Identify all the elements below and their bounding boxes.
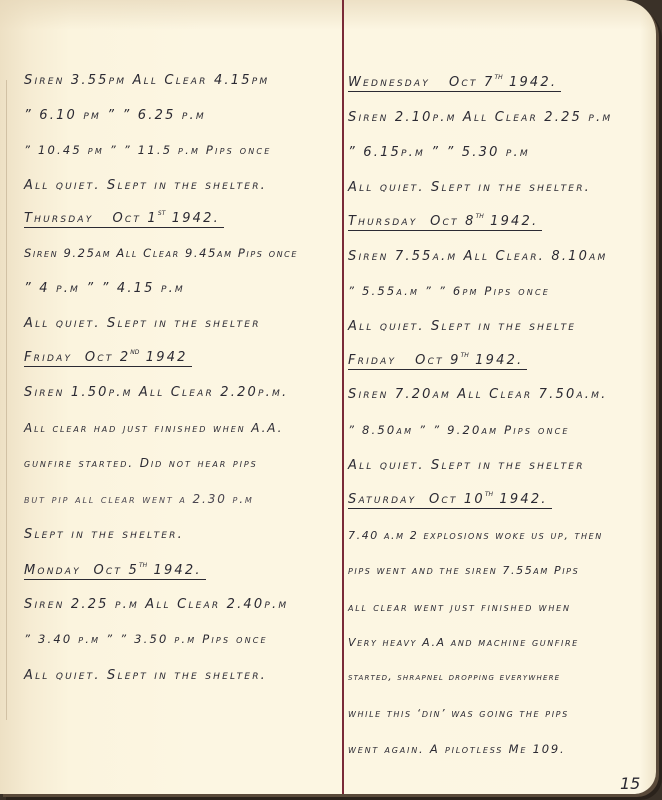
heading-date: 10 [464,492,485,507]
entry-line: Siren 3.55pm All Clear 4.15pm [24,73,269,88]
heading-month: Oct [415,353,444,368]
entry-line: Siren 7.20am All Clear 7.50a.m. [348,387,607,402]
heading-date: 7 [484,75,494,90]
day-heading: Wednesday Oct 7th 1942. [348,72,561,92]
entry-line: ” 6.10 pm ” ” 6.25 p.m [24,108,206,123]
entry-line: All quiet. Slept in the shelter [24,316,261,331]
entry-line: ” 5.55a.m ” ” 6pm Pips once [348,284,550,298]
heading-year: 1942. [153,563,201,578]
heading-day: Monday [24,563,81,578]
entry-line: Siren 9.25am All Clear 9.45am Pips once [24,246,298,260]
day-heading: Thursday Oct 1st 1942. [24,208,224,228]
heading-month: Oct [112,211,141,226]
heading-year: 1942. [509,75,557,90]
heading-suffix: nd [130,347,139,357]
heading-month: Oct [85,350,114,365]
diary-page: Siren 3.55pm All Clear 4.15pm ” 6.10 pm … [0,0,656,794]
entry-line: Siren 1.50p.m All Clear 2.20p.m. [24,385,288,400]
entry-line: 7.40 a.m 2 explosions woke us up, then [348,529,603,542]
heading-day: Saturday [348,492,416,507]
heading-month: Oct [429,492,458,507]
entry-line: All quiet. Slept in the shelter. [24,668,267,683]
entry-line: went again. A pilotless Me 109. [348,742,565,756]
heading-month: Oct [449,75,478,90]
entry-line: but pip all clear went a 2.30 p.m [24,492,254,506]
entry-line: All quiet. Slept in the shelte [348,319,576,334]
entry-line: ” 8.50am ” ” 9.20am Pips once [348,423,570,437]
day-heading: Monday Oct 5th 1942. [24,560,206,580]
heading-date: 2 [120,350,130,365]
entry-line: All clear had just finished when A.A. [24,421,283,435]
entry-line: Siren 2.25 p.m All Clear 2.40p.m [24,597,288,612]
heading-suffix: th [139,560,147,570]
entry-line: ” 4 p.m ” ” 4.15 p.m [24,281,185,296]
day-heading: Friday Oct 2nd 1942 [24,347,192,367]
heading-date: 8 [465,214,475,229]
entry-line: All quiet. Slept in the shelter [348,458,585,473]
entry-line: ” 6.15p.m ” ” 5.30 p.m [348,145,530,160]
heading-day: Wednesday [348,75,430,90]
page-edge-line [6,80,7,720]
heading-date: 1 [147,211,157,226]
heading-suffix: th [476,211,484,221]
entry-line: Siren 7.55a.m All Clear. 8.10am [348,249,607,264]
heading-month: Oct [94,563,123,578]
heading-day: Friday [348,353,396,368]
entry-line: Very heavy A.A and machine gunfire [348,636,579,649]
heading-month: Oct [430,214,459,229]
page-number: 15 [620,774,640,793]
heading-day: Thursday [348,214,417,229]
heading-year: 1942. [499,492,547,507]
entry-line: ” 3.40 p.m ” ” 3.50 p.m Pips once [24,632,268,646]
entry-line: Siren 2.10p.m All Clear 2.25 p.m [348,110,612,125]
heading-suffix: th [494,72,502,82]
heading-suffix: th [461,350,469,360]
entry-line: Slept in the shelter. [24,527,184,542]
day-heading: Thursday Oct 8th 1942. [348,211,542,231]
entry-line: all clear went just finished when [348,600,571,614]
entry-line: ” 10.45 pm ” ” 11.5 p.m Pips once [24,143,271,157]
entry-line: All quiet. Slept in the shelter. [348,180,591,195]
heading-day: Thursday [24,211,93,226]
entry-line: All quiet. Slept in the shelter. [24,178,267,193]
heading-suffix: st [158,208,165,218]
entry-line: gunfire started. Did not hear pips [24,456,258,470]
heading-year: 1942. [475,353,523,368]
heading-suffix: th [485,489,493,499]
entry-line: while this ‘din’ was going the pips [348,707,569,720]
entry-line: started, shrapnel dropping everywhere [348,671,560,683]
day-heading: Friday Oct 9th 1942. [348,350,527,370]
heading-date: 5 [128,563,138,578]
day-heading: Saturday Oct 10th 1942. [348,489,552,509]
entry-line: pips went and the siren 7.55am Pips [348,564,579,577]
heading-day: Friday [24,350,72,365]
heading-year: 1942. [172,211,220,226]
heading-date: 9 [450,353,460,368]
heading-year: 1942. [490,214,538,229]
heading-year: 1942 [146,350,188,365]
margin-rule [342,0,344,794]
